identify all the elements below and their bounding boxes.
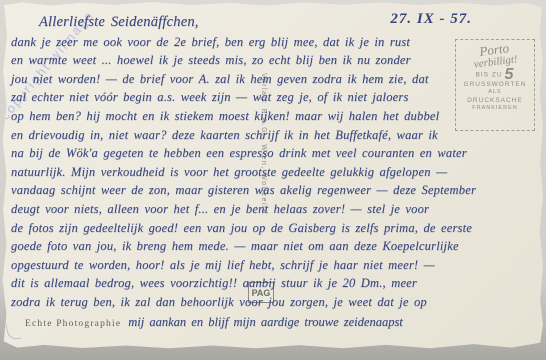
handwriting-line: en drievoudig in, niet waar? deze kaarte… [11, 126, 536, 145]
bottom-row: Echte Photographie mij aankan en blijf m… [25, 315, 403, 330]
scanned-postcard-scene: copyright wilmage 27. IX - 57. Porto ver… [0, 0, 546, 360]
handwriting-line: jou niet worden! — de brief voor A. zal … [11, 70, 536, 89]
handwriting-line: Allerliefste Seidenäffchen, [39, 13, 536, 32]
handwriting-line: op hem ben? hij mocht en ik stiekem moes… [11, 107, 536, 126]
handwriting-line: vandaag schijnt weer de zon, maar gister… [11, 181, 536, 200]
handwriting-line: dit is allemaal bedrog, wees voorzichtig… [11, 274, 536, 293]
handwriting-line: zal echter niet vóór begin a.s. week zij… [11, 88, 536, 107]
handwriting-line: opgestuurd te worden, hoor! als je mij l… [11, 256, 536, 275]
handwriting-line: goede foto van jou, ik breng hem mede. —… [11, 237, 536, 256]
pen-squiggle-mark [5, 322, 21, 341]
handwriting-line: deugt voor niets, alleen voor het f... e… [11, 200, 536, 219]
handwriting-line: de fotos zijn gedeeltelijk goed! een van… [11, 219, 536, 238]
handwriting-line: natuurlijk. Mijn verkoudheid is voor het… [11, 163, 536, 182]
handwriting-line: zodra ik terug ben, ik zal dan behoorlij… [11, 293, 536, 312]
handwriting-final-line: mij aankan en blijf mijn aardige trouwe … [128, 315, 403, 330]
postcard-back: copyright wilmage 27. IX - 57. Porto ver… [1, 1, 544, 349]
handwriting-line: na bij de Wök'a gegeten te hebben een es… [11, 144, 536, 163]
handwriting-line: en warmte weet ... hoewel ik je steeds m… [11, 51, 536, 70]
printed-caption: Echte Photographie [25, 319, 121, 329]
handwriting-line: dank je zeer me ook voor de 2e brief, be… [11, 33, 536, 52]
handwritten-message: Allerliefste Seidenäffchen,dank je zeer … [11, 13, 536, 312]
